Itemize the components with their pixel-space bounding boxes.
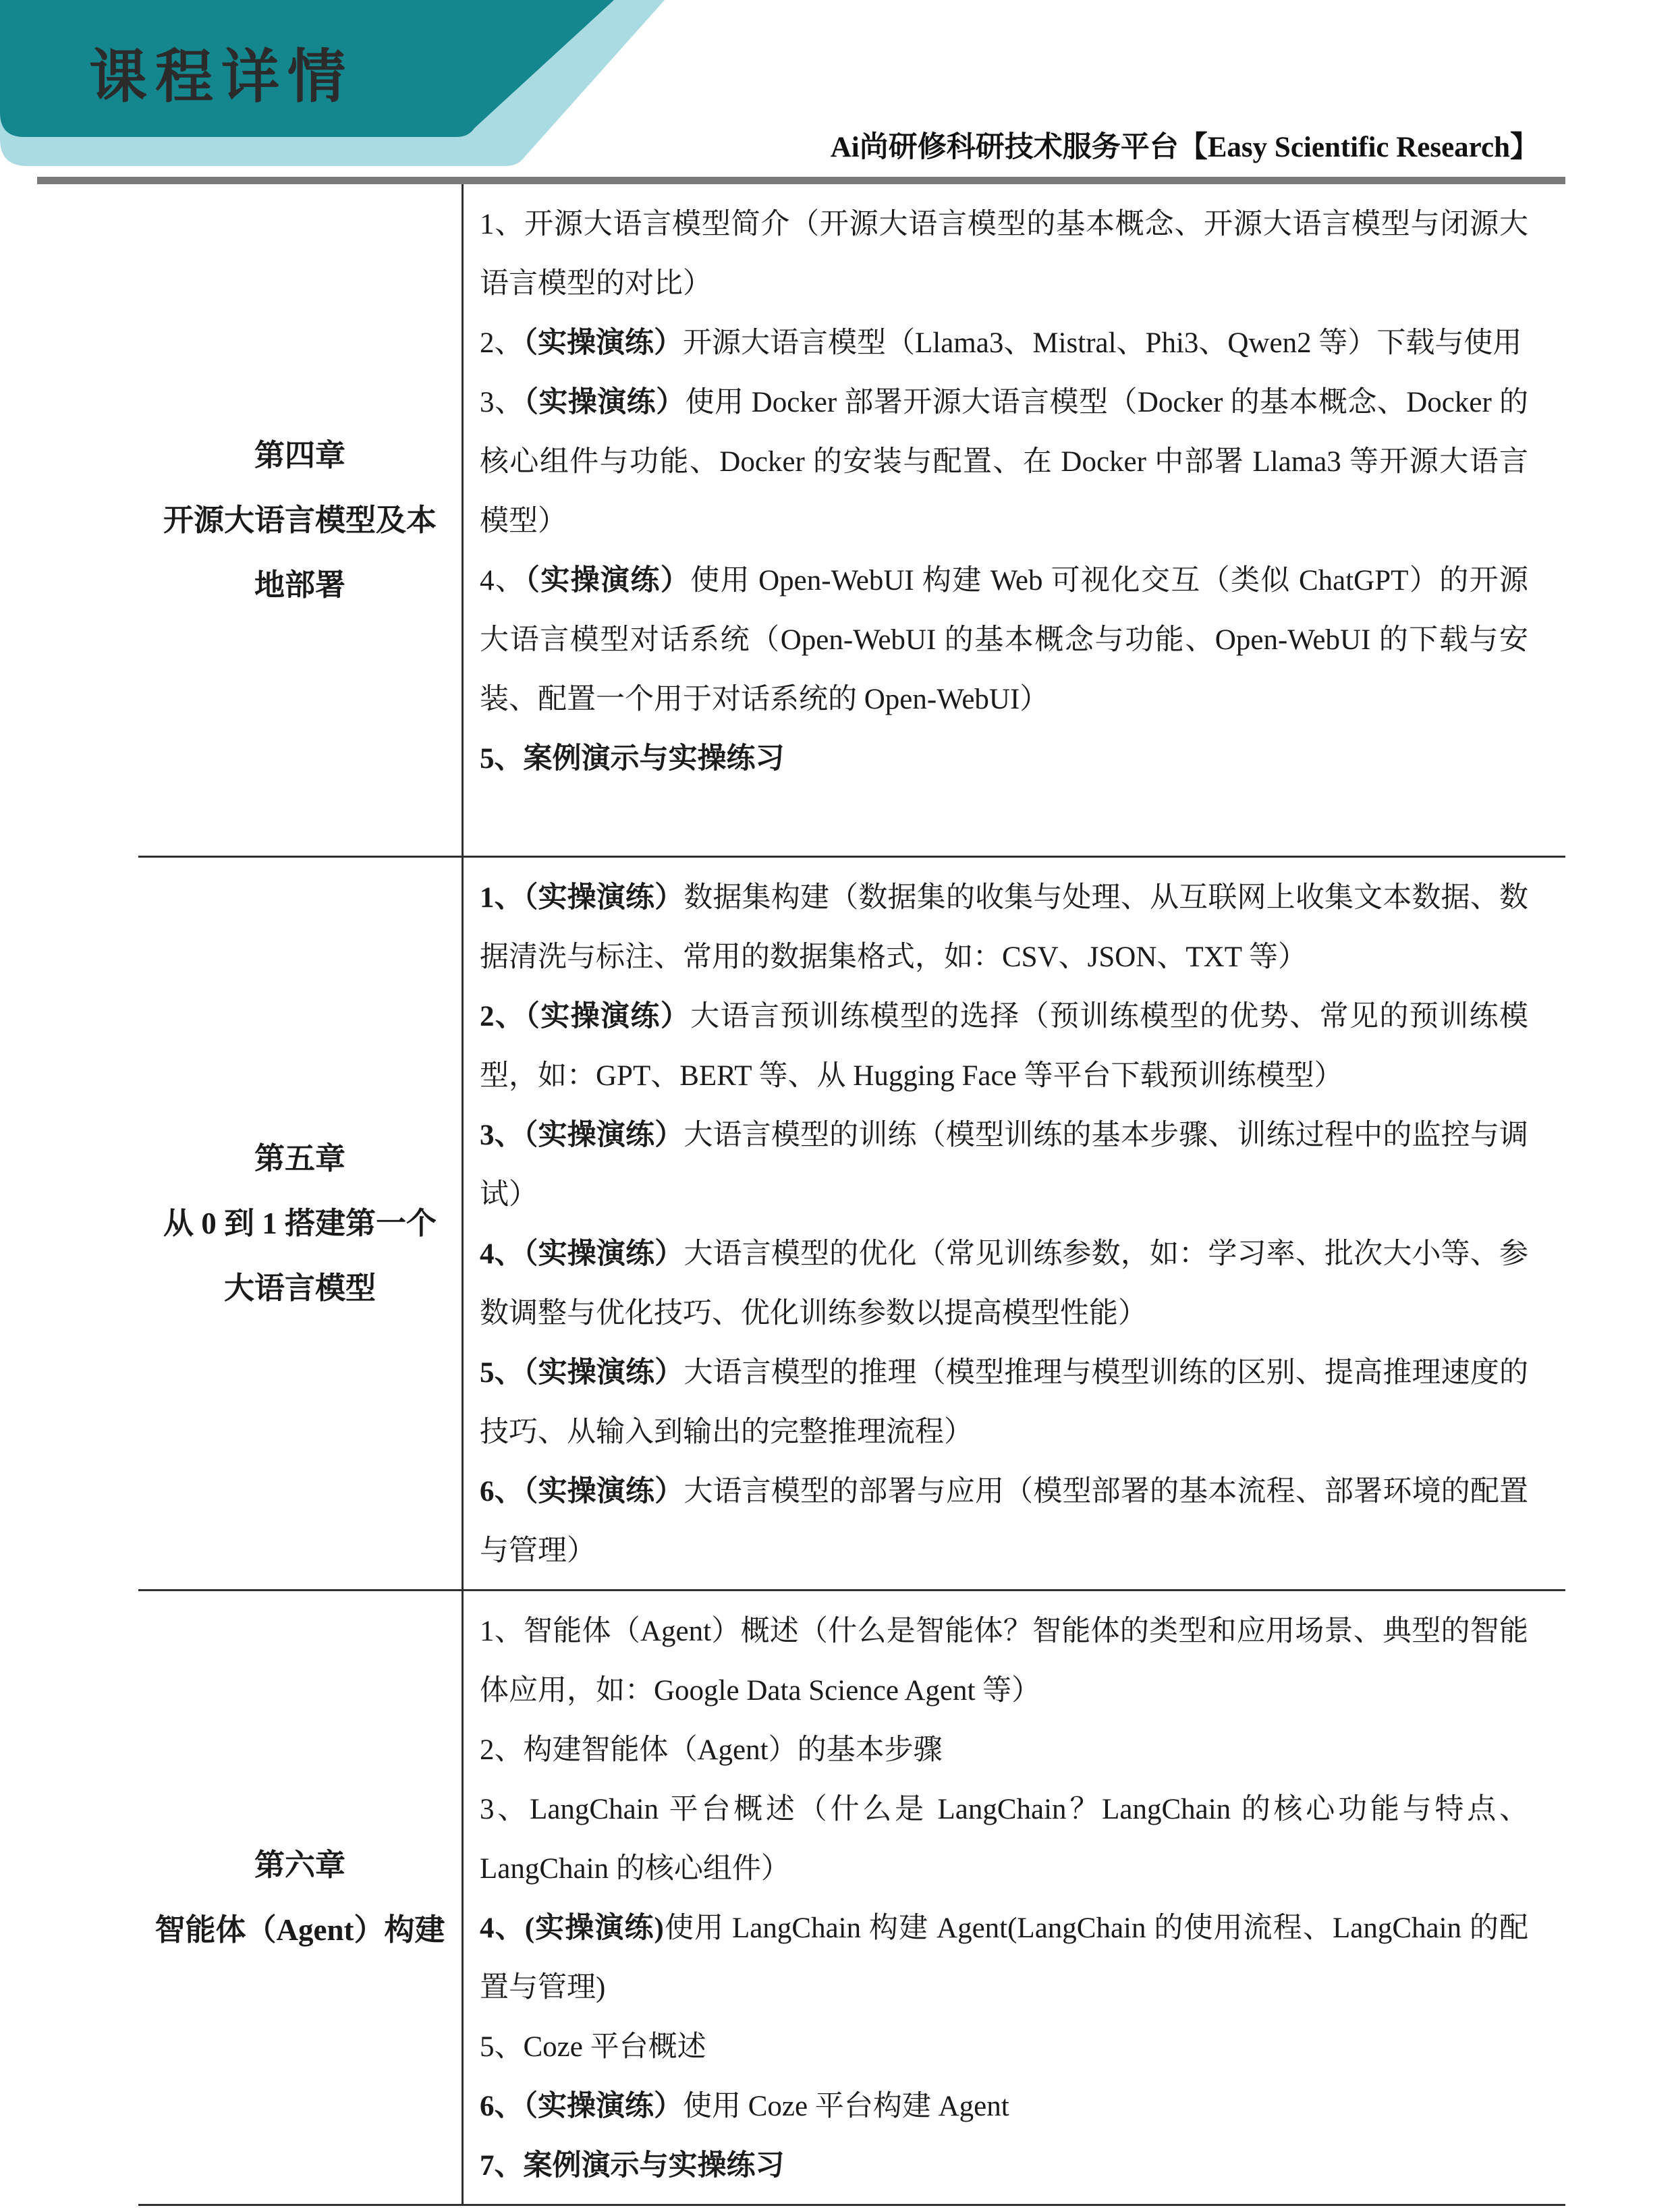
course-item-text-segment: 1、智能体（Agent）概述（什么是智能体？智能体的类型和应用场景、典型的智能体… (480, 1615, 1528, 1707)
course-item: 1、智能体（Agent）概述（什么是智能体？智能体的类型和应用场景、典型的智能体… (480, 1602, 1528, 1721)
course-item-text-segment: 使用 Coze 平台构建 Agent (683, 2091, 1009, 2122)
course-item-text-segment: 2、 (480, 327, 524, 359)
chapter-title-line: 第六章 (254, 1833, 345, 1898)
course-item: 3、（实操演练）使用 Docker 部署开源大语言模型（Docker 的基本概念… (480, 373, 1528, 551)
chapter-title-line: 地部署 (254, 553, 345, 617)
course-item: 1、（实操演练）数据集构建（数据集的收集与处理、从互联网上收集文本数据、数据清洗… (480, 868, 1528, 987)
course-item: 6、（实操演练）使用 Coze 平台构建 Agent (480, 2077, 1528, 2136)
table-row: 第四章开源大语言模型及本地部署1、开源大语言模型简介（开源大语言模型的基本概念、… (138, 184, 1565, 858)
course-item: 3、（实操演练）大语言模型的训练（模型训练的基本步骤、训练过程中的监控与调试） (480, 1106, 1528, 1225)
table-row: 第六章智能体（Agent）构建1、智能体（Agent）概述（什么是智能体？智能体… (138, 1591, 1565, 2206)
course-item: 5、Coze 平台概述 (480, 2018, 1528, 2077)
course-item-bold-segment: 7、案例演示与实操练习 (480, 2150, 785, 2182)
course-item-text-segment: 1、开源大语言模型简介（开源大语言模型的基本概念、开源大语言模型与闭源大语言模型… (480, 209, 1528, 300)
chapter-title-line: 第五章 (254, 1126, 345, 1191)
chapter-cell: 第四章开源大语言模型及本地部署 (138, 184, 464, 856)
course-item-bold-segment: 1、（实操演练） (480, 882, 683, 914)
header-divider-rule (37, 177, 1565, 184)
course-item-text-segment: 4、 (480, 565, 525, 597)
course-item: 6、（实操演练）大语言模型的部署与应用（模型部署的基本流程、部署环境的配置与管理… (480, 1462, 1528, 1581)
course-item: 5、（实操演练）大语言模型的推理（模型推理与模型训练的区别、提高推理速度的技巧、… (480, 1344, 1528, 1462)
content-cell: 1、智能体（Agent）概述（什么是智能体？智能体的类型和应用场景、典型的智能体… (464, 1591, 1565, 2204)
course-item: 5、案例演示与实操练习 (480, 729, 1528, 789)
course-item: 4、（实操演练）大语言模型的优化（常见训练参数，如：学习率、批次大小等、参数调整… (480, 1225, 1528, 1344)
course-item: 4、(实操演练)使用 LangChain 构建 Agent(LangChain … (480, 1899, 1528, 2018)
course-item: 7、案例演示与实操练习 (480, 2136, 1528, 2196)
course-item: 3、LangChain 平台概述（什么是 LangChain？LangChain… (480, 1780, 1528, 1899)
course-item-bold-segment: 6、（实操演练） (480, 2091, 683, 2122)
course-item: 1、开源大语言模型简介（开源大语言模型的基本概念、开源大语言模型与闭源大语言模型… (480, 195, 1528, 314)
course-item-text-segment: 5、Coze 平台概述 (480, 2031, 706, 2063)
course-item-bold-segment: 4、（实操演练） (480, 1238, 683, 1270)
course-item-bold-segment: 6、（实操演练） (480, 1476, 683, 1508)
chapter-cell: 第五章从 0 到 1 搭建第一个大语言模型 (138, 858, 464, 1589)
course-item-bold-segment: 5、案例演示与实操练习 (480, 743, 785, 775)
chapter-cell: 第六章智能体（Agent）构建 (138, 1591, 464, 2204)
header-banner: 课程详情 (0, 0, 688, 182)
course-item-bold-segment: 5、（实操演练） (480, 1357, 683, 1389)
chapter-title-line: 大语言模型 (224, 1256, 376, 1321)
course-item: 2、（实操演练）大语言预训练模型的选择（预训练模型的优势、常见的预训练模型，如：… (480, 987, 1528, 1106)
content-cell: 1、（实操演练）数据集构建（数据集的收集与处理、从互联网上收集文本数据、数据清洗… (464, 858, 1565, 1589)
course-item-text-segment: 开源大语言模型（Llama3、Mistral、Phi3、Qwen2 等）下载与使… (683, 327, 1522, 359)
table-row: 第五章从 0 到 1 搭建第一个大语言模型1、（实操演练）数据集构建（数据集的收… (138, 858, 1565, 1591)
course-item-bold-segment: （实操演练） (524, 327, 683, 359)
course-item-bold-segment: （实操演练） (524, 387, 685, 418)
chapter-title-line: 第四章 (254, 423, 345, 488)
chapter-title-line: 开源大语言模型及本 (163, 488, 437, 553)
course-item: 4、（实操演练）使用 Open-WebUI 构建 Web 可视化交互（类似 Ch… (480, 551, 1528, 729)
course-item: 2、构建智能体（Agent）的基本步骤 (480, 1721, 1528, 1780)
course-item-bold-segment: （实操演练） (525, 565, 690, 597)
chapter-title-line: 从 0 到 1 搭建第一个 (163, 1191, 437, 1256)
platform-name: Ai尚研修科研技术服务平台【Easy Scientific Research】 (831, 124, 1539, 165)
course-item-bold-segment: 3、（实操演练） (480, 1119, 683, 1151)
course-item-bold-segment: 2、（实操演练） (480, 1001, 690, 1032)
course-item-text-segment: 2、构建智能体（Agent）的基本步骤 (480, 1734, 943, 1766)
course-table: 第四章开源大语言模型及本地部署1、开源大语言模型简介（开源大语言模型的基本概念、… (138, 184, 1565, 2206)
course-item-text-segment: 3、 (480, 387, 524, 418)
course-item: 2、（实操演练）开源大语言模型（Llama3、Mistral、Phi3、Qwen… (480, 314, 1528, 373)
page-title: 课程详情 (89, 30, 354, 113)
course-item-text-segment: 3、LangChain 平台概述（什么是 LangChain？LangChain… (480, 1794, 1528, 1885)
content-cell: 1、开源大语言模型简介（开源大语言模型的基本概念、开源大语言模型与闭源大语言模型… (464, 184, 1565, 856)
course-item-bold-segment: 4、(实操演练) (480, 1912, 664, 1944)
chapter-title-line: 智能体（Agent）构建 (155, 1898, 445, 1962)
